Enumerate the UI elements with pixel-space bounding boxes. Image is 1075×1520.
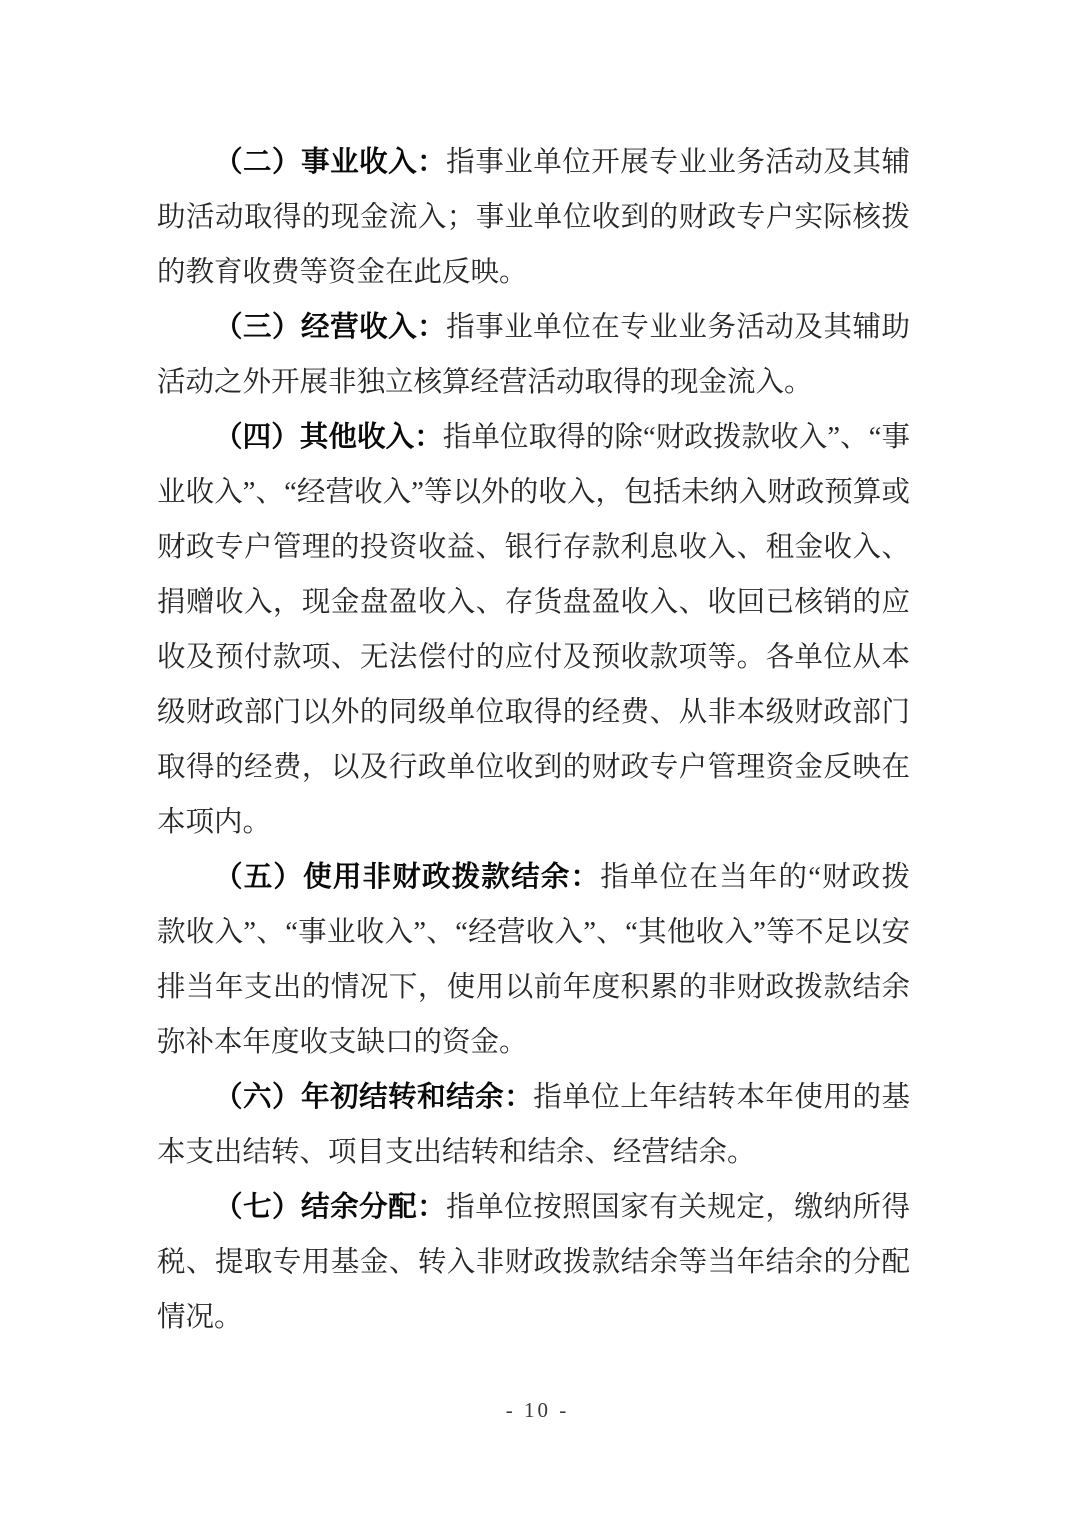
paragraph-business-income-heading: （二）事业收入： <box>214 147 446 178</box>
paragraph-other-income-body: 指单位取得的除“财政拨款收入”、“事业收入”、“经营收入”等以外的收入，包括未纳… <box>157 422 910 838</box>
page-number: - 10 - <box>506 1398 570 1422</box>
document-body: （二）事业收入：指事业单位开展专业业务活动及其辅助活动取得的现金流入；事业单位收… <box>157 135 910 1345</box>
paragraph-carryover-balance-heading: （六）年初结转和结余： <box>214 1082 533 1113</box>
page-footer: - 10 - <box>0 1398 1075 1423</box>
paragraph-carryover-balance: （六）年初结转和结余：指单位上年结转本年使用的基本支出结转、项目支出结转和结余、… <box>157 1070 910 1180</box>
paragraph-operating-income: （三）经营收入：指事业单位在专业业务活动及其辅助活动之外开展非独立核算经营活动取… <box>157 300 910 410</box>
paragraph-surplus-distribution: （七）结余分配：指单位按照国家有关规定，缴纳所得税、提取专用基金、转入非财政拨款… <box>157 1180 910 1345</box>
paragraph-other-income-heading: （四）其他收入： <box>214 422 443 453</box>
document-page: （二）事业收入：指事业单位开展专业业务活动及其辅助活动取得的现金流入；事业单位收… <box>0 0 1075 1520</box>
paragraph-operating-income-heading: （三）经营收入： <box>214 312 446 343</box>
paragraph-other-income: （四）其他收入：指单位取得的除“财政拨款收入”、“事业收入”、“经营收入”等以外… <box>157 410 910 850</box>
paragraph-non-fiscal-surplus-use: （五）使用非财政拨款结余：指单位在当年的“财政拨款收入”、“事业收入”、“经营收… <box>157 850 910 1070</box>
paragraph-business-income: （二）事业收入：指事业单位开展专业业务活动及其辅助活动取得的现金流入；事业单位收… <box>157 135 910 300</box>
paragraph-non-fiscal-surplus-use-heading: （五）使用非财政拨款结余： <box>214 862 600 893</box>
paragraph-surplus-distribution-heading: （七）结余分配： <box>214 1192 446 1223</box>
